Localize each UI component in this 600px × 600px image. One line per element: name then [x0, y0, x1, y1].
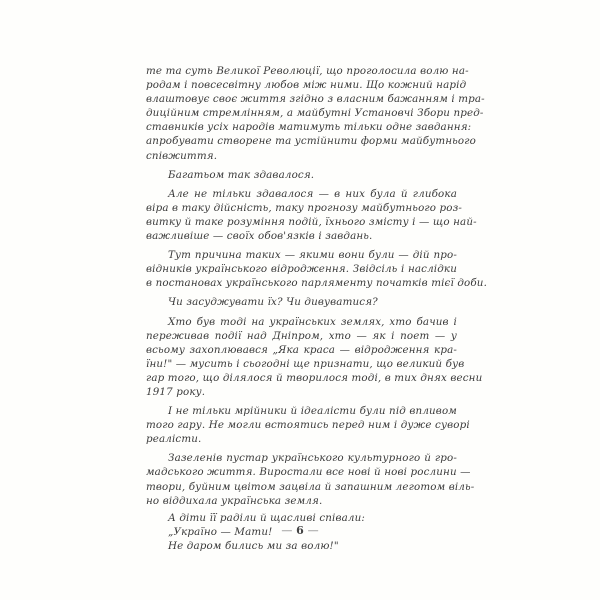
- body-text: те та суть Великої Революції, що проголо…: [146, 64, 457, 553]
- text-line: ставників усіх народів матимуть тільки о…: [146, 120, 457, 134]
- paragraph: Зазеленів пустар українського культурног…: [146, 451, 457, 507]
- text-line: Багатьом так здавалося.: [146, 168, 457, 182]
- text-line: переживав події над Дніпром, хто — як і …: [146, 329, 457, 343]
- text-line: но віддихала українська земля.: [146, 494, 457, 508]
- text-line: мадського життя. Виростали все нові й но…: [146, 465, 457, 479]
- paragraph: Хто був тоді на українських землях, хто …: [146, 315, 457, 400]
- text-line: важливіше — своїх обов'язків і завдань.: [146, 229, 457, 243]
- text-line: А діти її раділи й щасливі співали:: [146, 511, 457, 525]
- text-line: Чи засуджувати їх? Чи дивуватися?: [146, 295, 457, 309]
- book-page: те та суть Великої Революції, що проголо…: [0, 0, 600, 600]
- text-line: диційним стремлінням, а майбутні Установ…: [146, 106, 457, 120]
- text-line: всьому захоплювався „Яка краса — відродж…: [146, 343, 457, 357]
- text-line: 1917 року.: [146, 385, 457, 399]
- text-line: Але не тільки здавалося — в них була й г…: [146, 187, 457, 201]
- text-line: І не тільки мрійники й ідеалісти були пі…: [146, 404, 457, 418]
- text-line: відників українського відродження. Звідс…: [146, 262, 457, 276]
- text-line: Тут причина таких — якими вони були — ді…: [146, 248, 457, 262]
- text-line: їни!" — мусить і сьогодні ще признати, щ…: [146, 357, 457, 371]
- text-line: Не даром бились ми за волю!": [146, 539, 457, 553]
- page-number-value: 6: [296, 524, 304, 537]
- text-line: твори, буйним цвітом зацвіла й запашним …: [146, 480, 457, 494]
- page-number-dash-left: —: [281, 524, 292, 537]
- text-line: гар того, що ділялося й творилося тоді, …: [146, 371, 457, 385]
- paragraph: Чи засуджувати їх? Чи дивуватися?: [146, 295, 457, 309]
- paragraph: Багатьом так здавалося.: [146, 168, 457, 182]
- text-line: апробувати створене та устійнити форми м…: [146, 134, 457, 148]
- paragraph: Але не тільки здавалося — в них була й г…: [146, 187, 457, 243]
- text-line: віра в таку дійсність, таку прогнозу май…: [146, 201, 457, 215]
- paragraph: те та суть Великої Революції, що проголо…: [146, 64, 457, 163]
- text-line: реалісти.: [146, 432, 457, 446]
- text-line: те та суть Великої Революції, що проголо…: [146, 64, 457, 78]
- page-number: — 6 —: [0, 524, 600, 537]
- paragraph: Тут причина таких — якими вони були — ді…: [146, 248, 457, 290]
- text-line: Зазеленів пустар українського культурног…: [146, 451, 457, 465]
- text-line: Хто був тоді на українських землях, хто …: [146, 315, 457, 329]
- text-line: родам і повсесвітну любов між ними. Що к…: [146, 78, 457, 92]
- text-line: витку й таке розуміння подій, їхнього зм…: [146, 215, 457, 229]
- text-line: влаштовує своє життя згідно з власним ба…: [146, 92, 457, 106]
- page-number-dash-right: —: [308, 524, 319, 537]
- text-line: співжиття.: [146, 149, 457, 163]
- text-line: того гару. Не могли встоятись перед ним …: [146, 418, 457, 432]
- paragraph: І не тільки мрійники й ідеалісти були пі…: [146, 404, 457, 446]
- text-line: в постановах українського парляменту поч…: [146, 276, 457, 290]
